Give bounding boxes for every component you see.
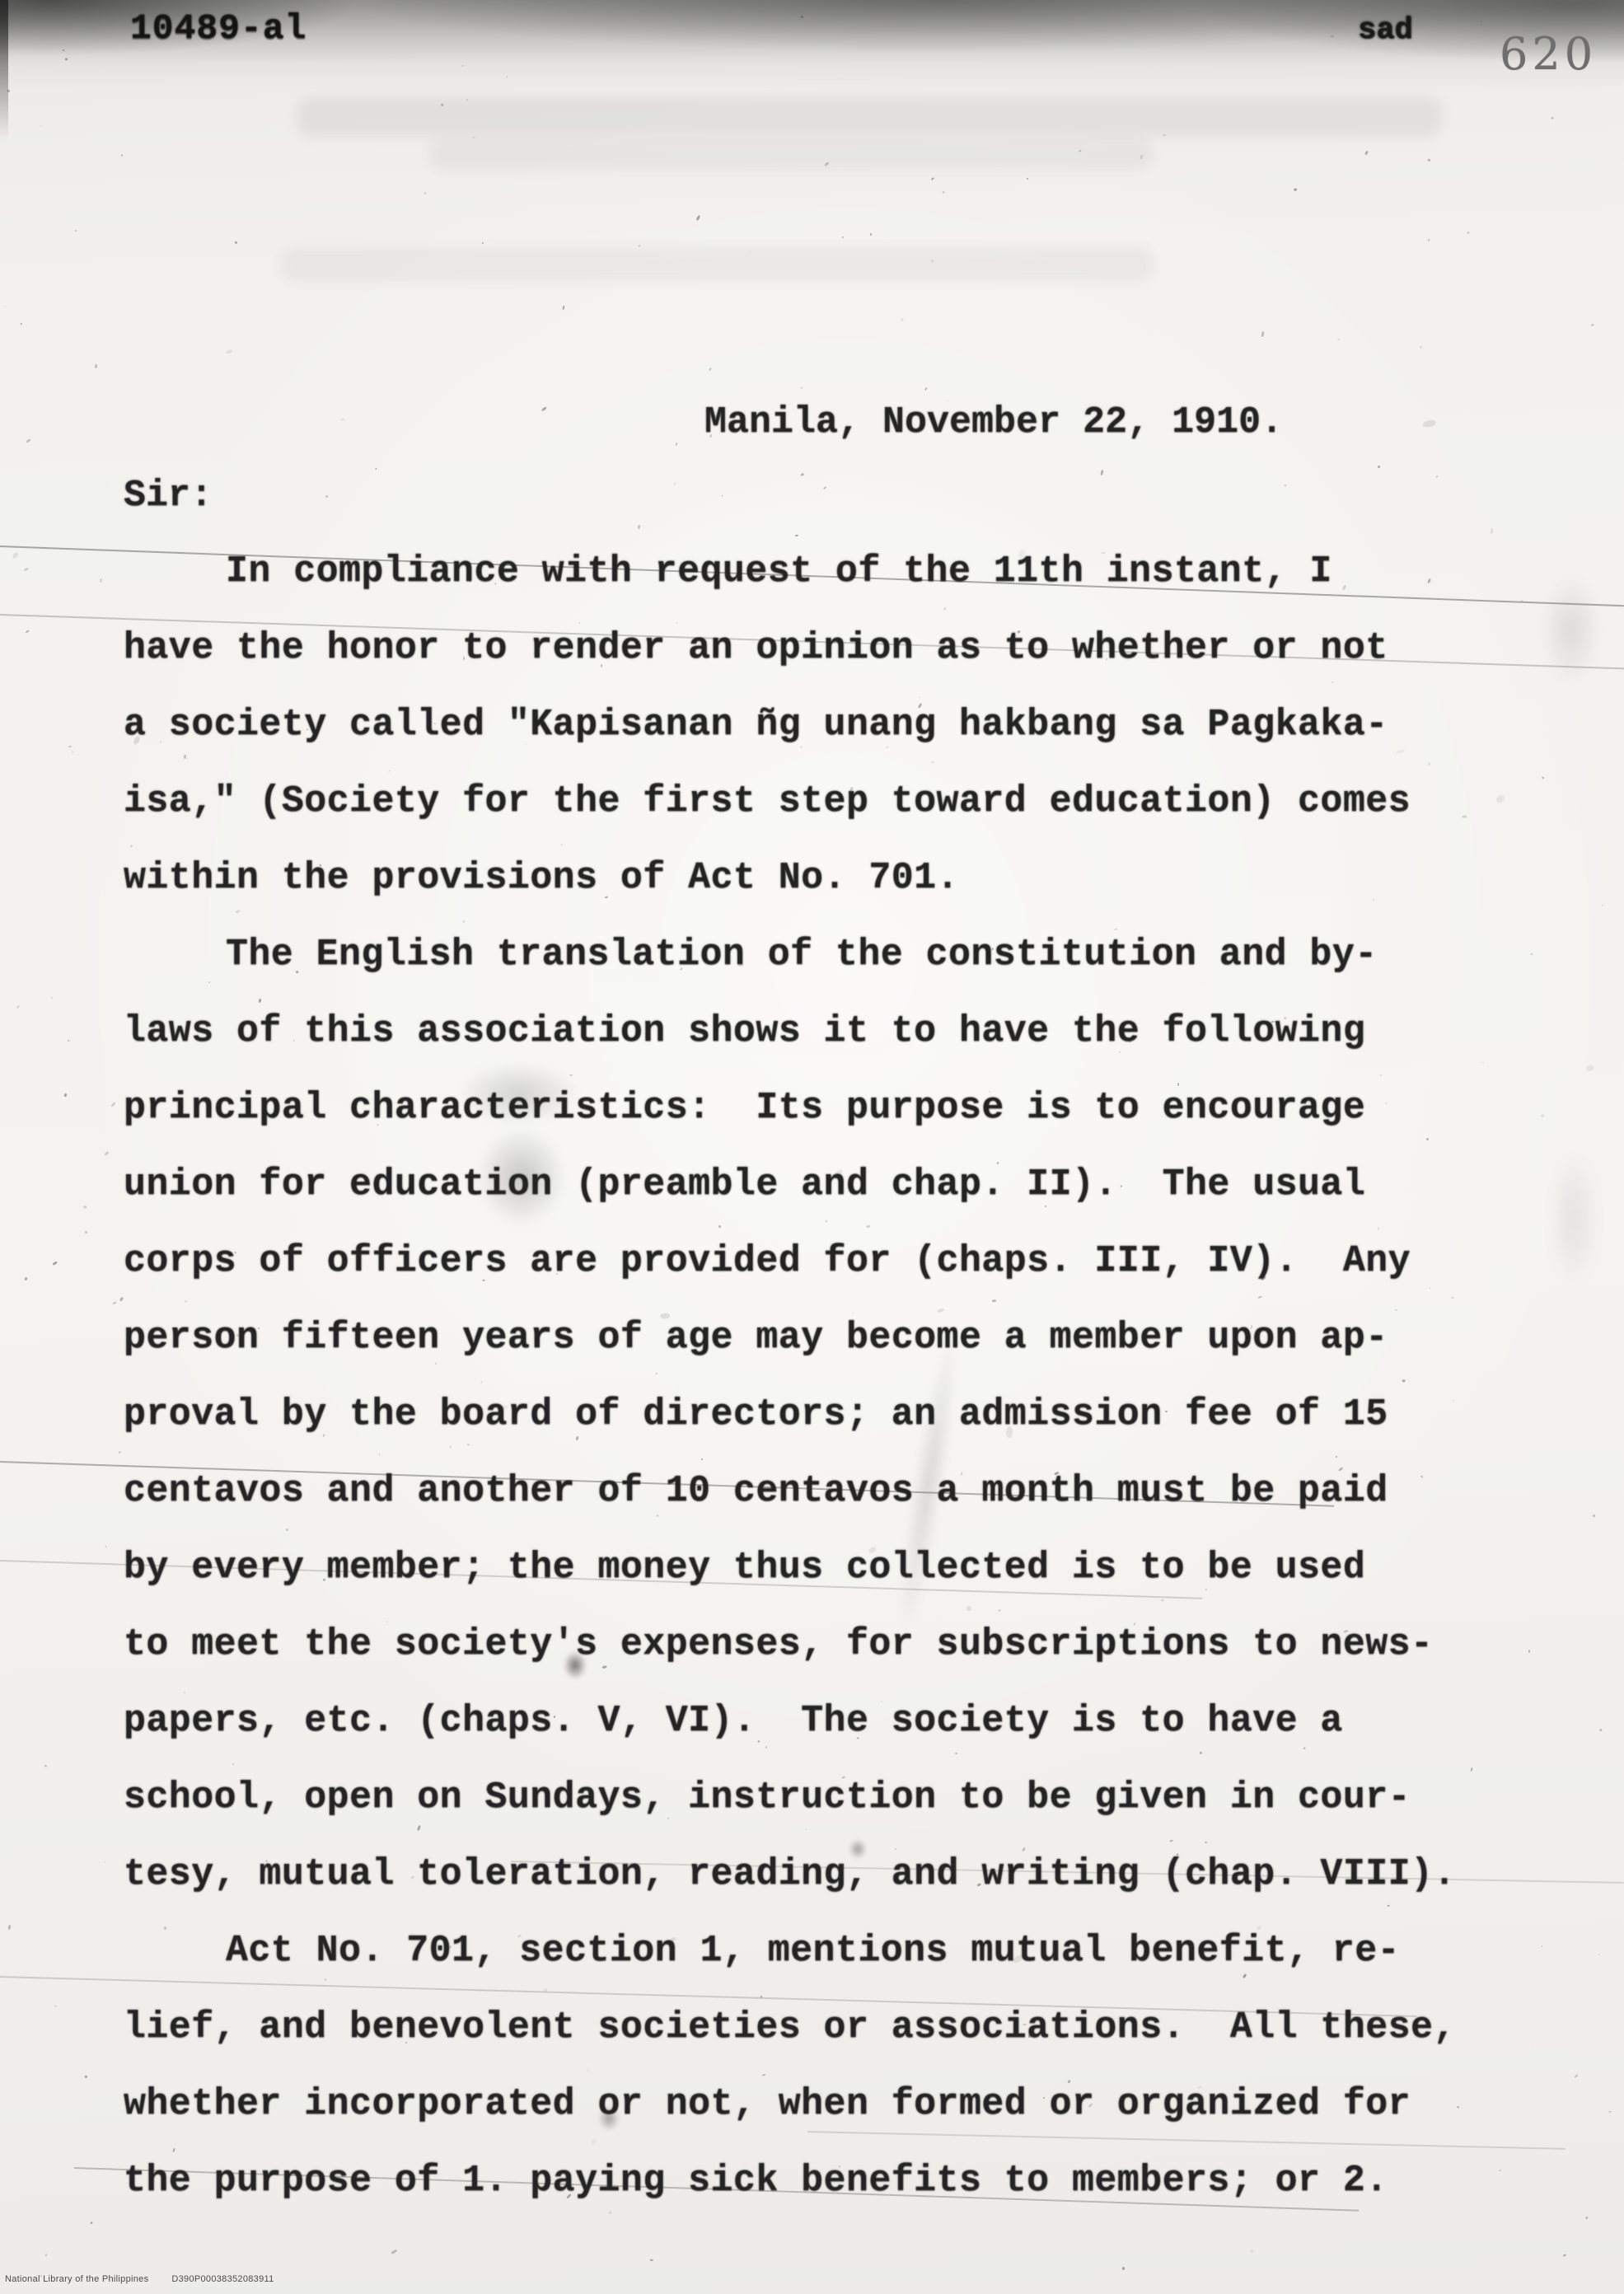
typed-line: The English translation of the constitut… [124, 934, 1378, 976]
typed-line: papers, etc. (chaps. V, VI). The society… [124, 1700, 1343, 1742]
salutation: Sir: [124, 475, 213, 517]
typed-layer: 10489-al sad Manila, November 22, 1910. … [0, 0, 1624, 2294]
page-number-stamp: 620 [1500, 28, 1597, 80]
typed-line: proval by the board of directors; an adm… [124, 1393, 1388, 1435]
typist-initials: sad [1358, 13, 1413, 48]
typed-line: centavos and another of 10 centavos a mo… [124, 1470, 1388, 1512]
typed-line: tesy, mutual toleration, reading, and wr… [124, 1853, 1456, 1895]
typed-line: to meet the society's expenses, for subs… [124, 1623, 1433, 1665]
typed-line: have the honor to render an opinion as t… [124, 627, 1388, 669]
typed-line: laws of this association shows it to hav… [124, 1010, 1365, 1052]
library-source: National Library of the Philippines [5, 2274, 148, 2284]
typed-line: within the provisions of Act No. 701. [124, 857, 959, 899]
typed-line: principal characteristics: Its purpose i… [124, 1087, 1365, 1129]
typed-line: union for education (preamble and chap. … [124, 1163, 1365, 1206]
document-page: 10489-al sad Manila, November 22, 1910. … [0, 0, 1624, 2294]
typed-line: the purpose of 1. paying sick benefits t… [124, 2160, 1388, 2202]
typed-line: Act No. 701, section 1, mentions mutual … [124, 1930, 1400, 1972]
typed-line: In compliance with request of the 11th i… [124, 550, 1332, 592]
library-watermark: National Library of the PhilippinesD390P… [5, 2274, 297, 2284]
typed-line: corps of officers are provided for (chap… [124, 1240, 1411, 1282]
dateline: Manila, November 22, 1910. [704, 401, 1283, 443]
typed-line: a society called "Kapisanan ñg unang hak… [124, 704, 1388, 746]
typed-line: person fifteen years of age may become a… [124, 1317, 1388, 1359]
typed-line: school, open on Sundays, instruction to … [124, 1777, 1411, 1819]
typed-line: isa," (Society for the first step toward… [124, 780, 1411, 822]
typed-line: by every member; the money thus collecte… [124, 1547, 1365, 1589]
library-code: D390P00038352083911 [171, 2274, 274, 2284]
typed-line: whether incorporated or not, when formed… [124, 2083, 1411, 2125]
typed-line: lief, and benevolent societies or associ… [124, 2006, 1456, 2048]
file-number: 10489-al [130, 8, 307, 49]
